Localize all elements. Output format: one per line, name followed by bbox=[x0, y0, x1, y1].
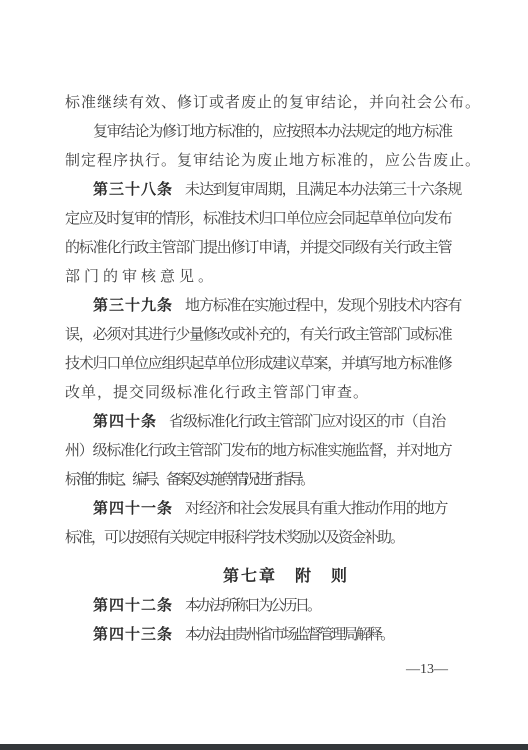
line-text: 制定程序执行。复审结论为废止地方标准的，应公告废止。 bbox=[65, 153, 481, 169]
line-text: 标准的制定、编号、备案及实施等情况进行指导。 bbox=[65, 472, 311, 488]
article-number: 第四十三条 bbox=[93, 627, 173, 643]
line-text: 改单，提交同级标准化行政主管部门审查。 bbox=[65, 385, 369, 401]
document-line: 州）级标准化行政主管部门发布的地方标准实施监督，并对地方 bbox=[65, 437, 457, 466]
body-paragraph-lines: 标准继续有效、修订或者废止的复审结论，并向社会公布。复审结论为修订地方标准的，应… bbox=[65, 89, 457, 553]
document-line: 第四十三条本办法由贵州省市场监督管理局解释。 bbox=[65, 621, 457, 650]
document-line: 技术归口单位应组织起草单位形成建议草案，并填写地方标准修 bbox=[65, 350, 457, 379]
line-text: 复审结论为修订地方标准的，应按照本办法规定的地方标准 bbox=[93, 124, 452, 140]
line-text: 对经济和社会发展具有重大推动作用的地方 bbox=[185, 501, 447, 517]
document-body: 标准继续有效、修订或者废止的复审结论，并向社会公布。复审结论为修订地方标准的，应… bbox=[65, 89, 457, 650]
document-line: 第三十八条未达到复审周期，且满足本办法第三十六条规 bbox=[65, 176, 457, 205]
document-line: 第四十条省级标准化行政主管部门应对设区的市（自治 bbox=[65, 408, 457, 437]
line-text: 部门的审核意见。 bbox=[65, 269, 217, 285]
article-number: 第三十九条 bbox=[93, 298, 173, 314]
document-line: 标准，可以按照有关规定申报科学技术奖励以及资金补助。 bbox=[65, 524, 457, 553]
document-line: 改单，提交同级标准化行政主管部门审查。 bbox=[65, 379, 457, 408]
chapter-heading: 第七章 附 则 bbox=[90, 562, 482, 592]
document-line: 复审结论为修订地方标准的，应按照本办法规定的地方标准 bbox=[65, 118, 457, 147]
line-text: 州）级标准化行政主管部门发布的地方标准实施监督，并对地方 bbox=[65, 443, 451, 459]
line-text: 技术归口单位应组织起草单位形成建议草案，并填写地方标准修 bbox=[65, 356, 451, 372]
document-line: 的标准化行政主管部门提出修订申请，并提交同级有关行政主管 bbox=[65, 234, 457, 263]
line-text: 误，必须对其进行少量修改或补充的，有关行政主管部门或标准 bbox=[65, 327, 451, 343]
document-line: 定应及时复审的情形，标准技术归口单位应会同起草单位向发布 bbox=[65, 205, 457, 234]
line-text: 的标准化行政主管部门提出修订申请，并提交同级有关行政主管 bbox=[65, 240, 451, 256]
line-text: 未达到复审周期，且满足本办法第三十六条规 bbox=[185, 182, 461, 198]
line-text: 本办法所称日为公历日。 bbox=[185, 598, 319, 614]
closing-paragraph-lines: 第四十二条本办法所称日为公历日。第四十三条本办法由贵州省市场监督管理局解释。 bbox=[65, 592, 457, 650]
document-line: 标准的制定、编号、备案及实施等情况进行指导。 bbox=[65, 466, 457, 495]
document-line: 误，必须对其进行少量修改或补充的，有关行政主管部门或标准 bbox=[65, 321, 457, 350]
line-text: 标准，可以按照有关规定申报科学技术奖励以及资金补助。 bbox=[65, 530, 403, 546]
article-number: 第四十二条 bbox=[93, 598, 173, 614]
line-text: 本办法由贵州省市场监督管理局解释。 bbox=[185, 627, 392, 643]
document-line: 部门的审核意见。 bbox=[65, 263, 457, 292]
page-number: —13— bbox=[406, 659, 448, 681]
document-line: 制定程序执行。复审结论为废止地方标准的，应公告废止。 bbox=[65, 147, 457, 176]
document-line: 第三十九条地方标准在实施过程中，发现个别技术内容有 bbox=[65, 292, 457, 321]
article-number: 第四十一条 bbox=[93, 501, 173, 517]
document-line: 第四十一条对经济和社会发展具有重大推动作用的地方 bbox=[65, 495, 457, 524]
line-text: 省级标准化行政主管部门应对设区的市（自治 bbox=[169, 414, 445, 430]
document-line: 标准继续有效、修订或者废止的复审结论，并向社会公布。 bbox=[65, 89, 457, 118]
scan-edge-band bbox=[0, 744, 528, 750]
document-page: 标准继续有效、修订或者废止的复审结论，并向社会公布。复审结论为修订地方标准的，应… bbox=[0, 0, 528, 750]
line-text: 定应及时复审的情形，标准技术归口单位应会同起草单位向发布 bbox=[65, 211, 451, 227]
article-number: 第四十条 bbox=[93, 414, 157, 430]
line-text: 地方标准在实施过程中，发现个别技术内容有 bbox=[185, 298, 461, 314]
document-line: 第四十二条本办法所称日为公历日。 bbox=[65, 592, 457, 621]
line-text: 标准继续有效、修订或者废止的复审结论，并向社会公布。 bbox=[65, 95, 481, 111]
article-number: 第三十八条 bbox=[93, 182, 173, 198]
